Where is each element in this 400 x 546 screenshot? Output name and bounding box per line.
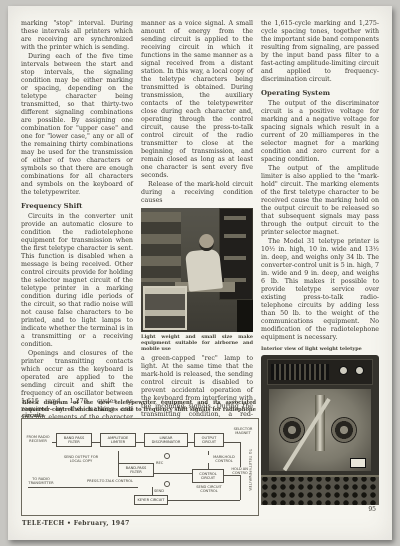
block-diagram: From radio receiver Band pass filter Amp… bbox=[21, 418, 259, 516]
text-column-1: marking "stop" interval. During these in… bbox=[21, 20, 133, 447]
send-lamp-label: SEND bbox=[154, 489, 164, 493]
photo-cart bbox=[143, 286, 187, 330]
paragraph: the 1,615-cycle marking and 1,275-cycle … bbox=[261, 20, 379, 84]
photo-knob bbox=[340, 367, 347, 374]
box-linear-discriminator: Linear discriminator bbox=[144, 433, 188, 447]
text-column-2: manner as a voice signal. A small amount… bbox=[141, 20, 253, 461]
label-to-radio-transmitter: To radio transmitter bbox=[24, 477, 58, 485]
rec-lamp-icon bbox=[164, 453, 170, 459]
paragraph: marking "stop" interval. During these in… bbox=[21, 20, 133, 52]
label-send-circuit-control: Send circuit control bbox=[192, 485, 226, 493]
section-heading-frequency-shift: Frequency Shift bbox=[21, 202, 133, 210]
magazine-footer: TELE-TECH • February, 1947 bbox=[22, 520, 130, 527]
box-keyer-circuit: Keyer circuit bbox=[134, 495, 168, 505]
photo-top-panel bbox=[267, 359, 373, 385]
connector-line bbox=[168, 500, 240, 501]
label-send-output: Send output for local copy bbox=[60, 455, 102, 463]
box-amplitude-limiter: Amplitude limiter bbox=[100, 433, 136, 447]
connector-line bbox=[28, 487, 138, 488]
label-mark-hold-control: Mark-hold control bbox=[208, 455, 240, 463]
photo-shelf bbox=[141, 212, 181, 282]
photo-operator-body bbox=[185, 248, 223, 291]
paragraph: manner as a voice signal. A small amount… bbox=[141, 20, 253, 180]
photo-caption: Interior view of light weight teletype bbox=[261, 346, 379, 352]
magazine-page: marking "stop" interval. During these in… bbox=[8, 6, 392, 540]
box-band-pass-filter: Band pass filter bbox=[56, 433, 92, 447]
send-lamp-icon bbox=[164, 481, 170, 487]
paragraph: The Model 31 teletype printer is 10½ in.… bbox=[261, 238, 379, 342]
paragraph: During each of the five time intervals b… bbox=[21, 53, 133, 197]
photo-mechanism bbox=[269, 389, 371, 471]
paragraph: Circuits in the converter unit provide a… bbox=[21, 213, 133, 349]
paragraph: The output of the discriminator circuit … bbox=[261, 100, 379, 164]
photo-shadow bbox=[237, 300, 253, 332]
text-column-3: the 1,615-cycle marking and 1,275-cycle … bbox=[261, 20, 379, 505]
photo-keyboard bbox=[261, 475, 379, 505]
operator-photo bbox=[141, 208, 253, 332]
label-to-teletypewriter: To teletypewriter bbox=[248, 439, 252, 501]
photo-knob bbox=[356, 367, 363, 374]
photo-operator-head bbox=[199, 234, 214, 251]
label-from-radio-receiver: From radio receiver bbox=[24, 435, 52, 443]
page-number: 95 bbox=[368, 506, 376, 513]
box-output-circuit: Output circuit bbox=[194, 433, 224, 447]
label-press-to-talk: Press-to-talk control bbox=[86, 479, 134, 483]
paragraph: Release of the mark-hold circuit during … bbox=[141, 181, 253, 205]
photo-label-plate bbox=[351, 459, 365, 467]
label-selector-magnet: Selector magnet bbox=[228, 427, 258, 435]
box-band-pass-filter-2: Band-pass filter bbox=[118, 463, 154, 477]
photo-spool bbox=[331, 417, 357, 443]
teletype-interior-photo bbox=[261, 355, 379, 505]
photo-vents bbox=[271, 364, 329, 380]
box-control-circuit: Control circuit bbox=[192, 469, 224, 483]
paragraph: The output of the amplitude limiter is a… bbox=[261, 165, 379, 237]
section-heading-operating-system: Operating System bbox=[261, 89, 379, 97]
rec-lamp-label: REC bbox=[156, 461, 163, 465]
photo-caption: Light weight and small size make equipme… bbox=[141, 334, 253, 352]
diagram-caption: Block diagram of the new teletypewriter … bbox=[22, 400, 256, 420]
